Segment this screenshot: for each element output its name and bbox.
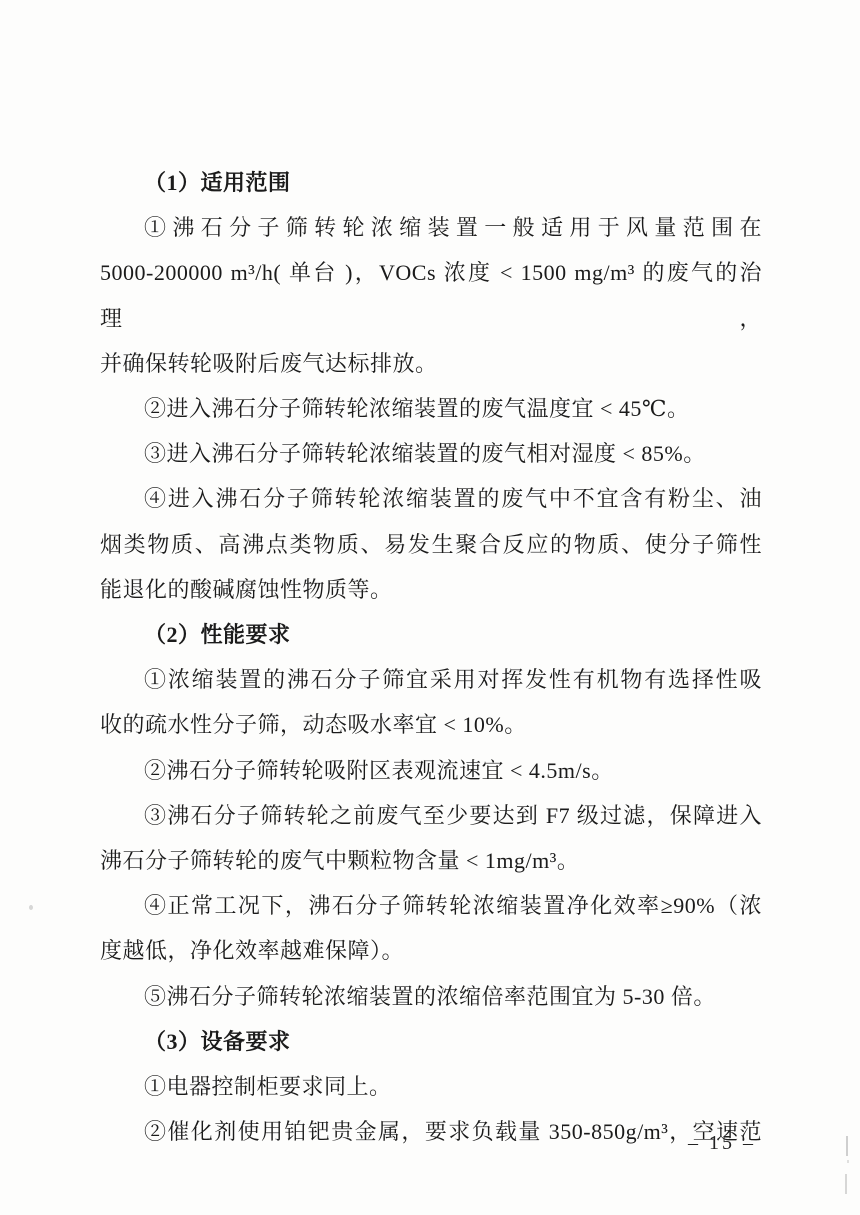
document-body: （1）适用范围 ①沸石分子筛转轮浓缩装置一般适用于风量范围在 5000-2000… bbox=[100, 160, 762, 1154]
scan-speck-artifact bbox=[29, 905, 33, 910]
document-page: （1）适用范围 ①沸石分子筛转轮浓缩装置一般适用于风量范围在 5000-2000… bbox=[0, 0, 860, 1215]
text-line: 能退化的酸碱腐蚀性物质等。 bbox=[100, 567, 762, 612]
text-line: ①电器控制柜要求同上。 bbox=[100, 1064, 762, 1109]
text-line: ③沸石分子筛转轮之前废气至少要达到 F7 级过滤，保障进入 bbox=[100, 793, 762, 838]
text-line: ⑤沸石分子筛转轮浓缩装置的浓缩倍率范围宜为 5-30 倍。 bbox=[100, 974, 762, 1019]
text-line: ②沸石分子筛转轮吸附区表观流速宜 < 4.5m/s。 bbox=[100, 748, 762, 793]
text-line: ④正常工况下，沸石分子筛转轮浓缩装置净化效率≥90%（浓 bbox=[100, 883, 762, 928]
text-line: 并确保转轮吸附后废气达标排放。 bbox=[100, 341, 762, 386]
text-line: ①沸石分子筛转轮浓缩装置一般适用于风量范围在 bbox=[100, 205, 762, 250]
text-line: ①浓缩装置的沸石分子筛宜采用对挥发性有机物有选择性吸 bbox=[100, 657, 762, 702]
text-line: 收的疏水性分子筛，动态吸水率宜 < 10%。 bbox=[100, 702, 762, 747]
text-line: 烟类物质、高沸点类物质、易发生聚合反应的物质、使分子筛性 bbox=[100, 522, 762, 567]
section-heading-3: （3）设备要求 bbox=[100, 1019, 762, 1064]
text-line: ②催化剂使用铂钯贵金属，要求负载量 350-850g/m³，空速范 bbox=[100, 1109, 762, 1154]
text-line: ②进入沸石分子筛转轮浓缩装置的废气温度宜 < 45℃。 bbox=[100, 386, 762, 431]
section-heading-1: （1）适用范围 bbox=[100, 160, 762, 205]
scan-edge-artifact bbox=[845, 1174, 847, 1194]
text-line: 度越低，净化效率越难保障）。 bbox=[100, 928, 762, 973]
scan-edge-artifact bbox=[846, 1136, 848, 1156]
scan-edge-artifact bbox=[847, 1160, 849, 1163]
text-line: ④进入沸石分子筛转轮浓缩装置的废气中不宜含有粉尘、油 bbox=[100, 476, 762, 521]
page-number: – 15 – bbox=[688, 1132, 756, 1155]
text-line: ③进入沸石分子筛转轮浓缩装置的废气相对湿度 < 85%。 bbox=[100, 431, 762, 476]
text-line: 5000-200000 m³/h( 单台 )，VOCs 浓度 < 1500 mg… bbox=[100, 250, 762, 340]
section-heading-2: （2）性能要求 bbox=[100, 612, 762, 657]
text-line: 沸石分子筛转轮的废气中颗粒物含量 < 1mg/m³。 bbox=[100, 838, 762, 883]
